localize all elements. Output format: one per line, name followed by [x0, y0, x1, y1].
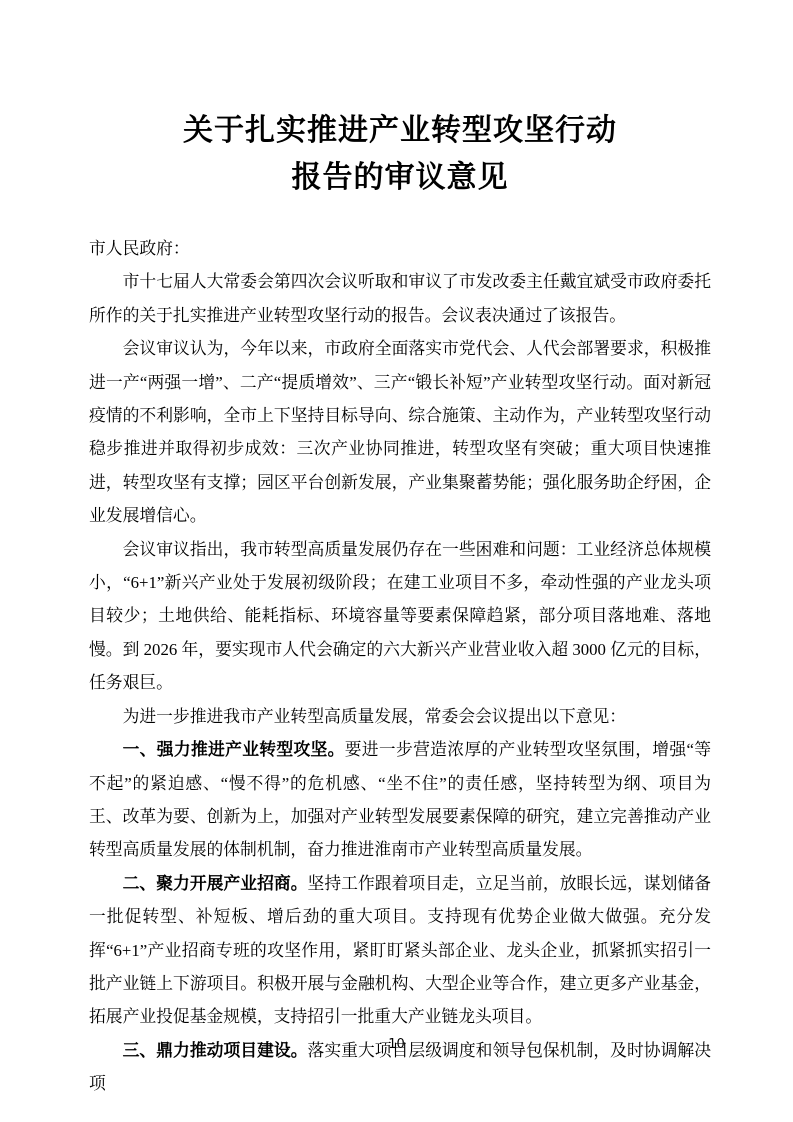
paragraph: 市人民政府：: [89, 232, 711, 265]
paragraph-text: 会议审议指出，我市转型高质量发展仍存在一些困难和问题：工业经济总体规模小，“6+…: [89, 540, 711, 693]
paragraph: 为进一步推进我市产业转型高质量发展，常委会会议提出以下意见：: [89, 700, 711, 733]
paragraph: 会议审议认为，今年以来，市政府全面落实市党代会、人代会部署要求，积极推进一产“两…: [89, 332, 711, 532]
title-line-1: 关于扎实推进产业转型攻坚行动: [89, 107, 711, 154]
paragraph-text: 市人民政府：: [89, 239, 190, 258]
paragraph: 会议审议指出，我市转型高质量发展仍存在一些困难和问题：工业经济总体规模小，“6+…: [89, 533, 711, 700]
document-body: 市人民政府：市十七届人大常委会第四次会议听取和审议了市发改委主任戴宜斌受市政府委…: [89, 232, 711, 1101]
document-title: 关于扎实推进产业转型攻坚行动 报告的审议意见: [89, 107, 711, 201]
paragraph-text: 市十七届人大常委会第四次会议听取和审议了市发改委主任戴宜斌受市政府委托所作的关于…: [89, 272, 711, 324]
paragraph-text: 坚持工作跟着项目走，立足当前，放眼长远，谋划储备一批促转型、补短板、增后劲的重大…: [89, 874, 711, 1027]
paragraph-text: 为进一步推进我市产业转型高质量发展，常委会会议提出以下意见：: [123, 707, 626, 726]
paragraph: 一、强力推进产业转型攻坚。要进一步营造浓厚的产业转型攻坚氛围，增强“等不起”的紧…: [89, 733, 711, 867]
paragraph-text: 会议审议认为，今年以来，市政府全面落实市党代会、人代会部署要求，积极推进一产“两…: [89, 339, 711, 525]
section-heading: 一、强力推进产业转型攻坚。: [123, 740, 345, 759]
paragraph: 市十七届人大常委会第四次会议听取和审议了市发改委主任戴宜斌受市政府委托所作的关于…: [89, 265, 711, 332]
paragraph: 二、聚力开展产业招商。坚持工作跟着项目走，立足当前，放眼长远，谋划储备一批促转型…: [89, 867, 711, 1034]
section-heading: 二、聚力开展产业招商。: [123, 874, 308, 893]
page-number: 10: [0, 1037, 793, 1052]
document-page: 关于扎实推进产业转型攻坚行动 报告的审议意见 市人民政府：市十七届人大常委会第四…: [0, 0, 793, 1122]
title-line-2: 报告的审议意见: [89, 154, 711, 201]
document-content: 关于扎实推进产业转型攻坚行动 报告的审议意见 市人民政府：市十七届人大常委会第四…: [89, 0, 711, 1101]
